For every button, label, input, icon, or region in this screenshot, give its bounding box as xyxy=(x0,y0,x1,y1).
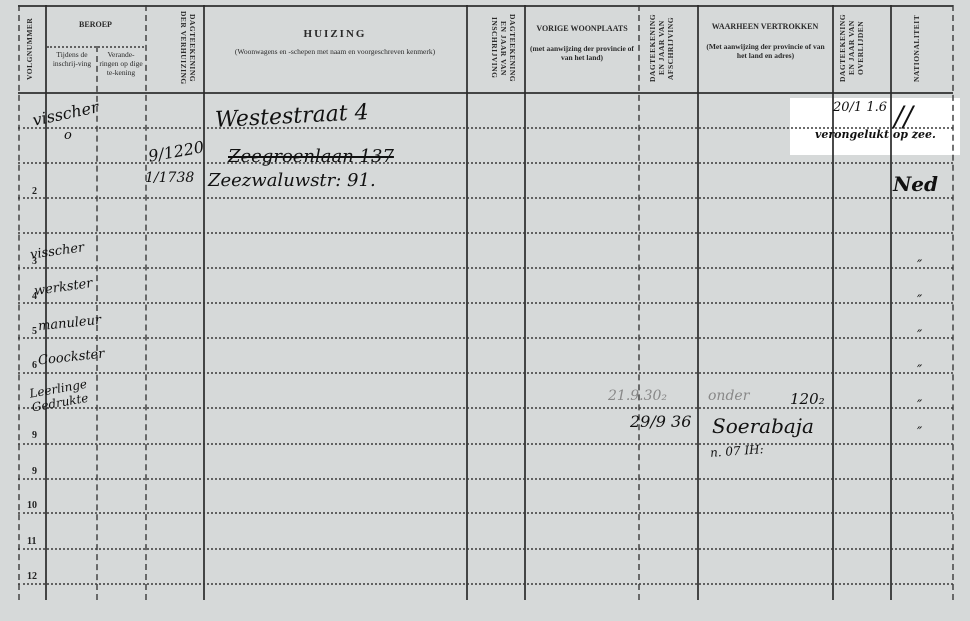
beroep-entry: visscher xyxy=(29,240,85,262)
beroep-entry: visscher xyxy=(31,97,100,130)
beroep-entry: manuleur xyxy=(37,313,101,335)
vertrokken-note: n. 07 IH: xyxy=(710,442,765,460)
faint-place: onder xyxy=(708,388,749,404)
row-number: 11 xyxy=(27,536,36,547)
nationaliteit-entry: Ned xyxy=(893,172,938,196)
row-line xyxy=(18,443,953,445)
overlijden-note: verongelukt op zee. xyxy=(815,128,936,141)
header-nationaliteit: NATIONALITEIT xyxy=(912,8,928,88)
beroep-note: o xyxy=(64,128,72,143)
header-dagteekening-verhuizing: DAGTEEKENING DER VERHUIZING xyxy=(153,8,197,88)
beroep-entry: Coockster xyxy=(37,347,105,369)
row-line xyxy=(18,548,953,550)
vertrokken-place: Soerabaja xyxy=(712,414,814,438)
header-vorige-woonplaats: VORIGE WOONPLAATS xyxy=(530,24,634,33)
overlijden-date: 20/1 1.6 xyxy=(833,100,887,115)
row-number: 10 xyxy=(27,500,37,511)
row-line xyxy=(18,127,953,129)
registry-card: VOLGNUMMER BEROEP Tijdens de inschrij-vi… xyxy=(0,0,970,621)
header-beroep-inschrijving: Tijdens de inschrij-ving xyxy=(49,50,95,68)
row-line xyxy=(18,302,953,304)
row-line xyxy=(18,197,953,199)
row-number: 2 xyxy=(32,186,37,197)
row-line xyxy=(18,232,953,234)
row-line xyxy=(18,372,953,374)
row-number: 5 xyxy=(32,326,37,337)
header-waarheen-vertrokken: WAARHEEN VERTROKKEN xyxy=(700,22,830,31)
row-number: 6 xyxy=(32,360,37,371)
row-number: 9 xyxy=(32,466,37,477)
header-volgnummer: VOLGNUMMER xyxy=(25,10,41,88)
huizing-entry: Zeezwaluwstr: 91. xyxy=(208,170,376,191)
row-line xyxy=(18,337,953,339)
nationaliteit-ditto: ″ xyxy=(917,425,922,441)
huizing-entry-struck: Zeegroenlaan 137 xyxy=(228,146,394,167)
header-dagteekening-overlijden: DAGTEEKENING EN JAAR VAN OVERLIJDEN xyxy=(838,8,884,88)
header-beroep: BEROEP xyxy=(47,20,144,29)
nationaliteit-ditto: ″ xyxy=(917,258,922,274)
nationaliteit-ditto: ″ xyxy=(917,363,922,379)
row-number: 12 xyxy=(27,571,37,582)
faint-date: 21.9.30₂ xyxy=(608,388,667,404)
row-line xyxy=(18,583,953,585)
header-dagteekening-afschrijving: DAGTEEKENING EN JAAR VAN AFSCHRIJVING xyxy=(648,8,692,88)
vertrokken-code: 120₂ xyxy=(790,390,825,408)
header-waarheen-vertrokken-subtitle: (Met aanwijzing der provincie of van het… xyxy=(703,42,828,60)
slash-mark: // xyxy=(894,100,913,133)
header-dagteekening-inschrijving: DAGTEEKENING EN JAAR VAN INSCHRIJVING xyxy=(473,8,517,88)
row-line xyxy=(18,267,953,269)
verhuizing-date: 1/1738 xyxy=(145,170,194,186)
header-huizing: HUIZING xyxy=(205,30,465,39)
nationaliteit-ditto: ″ xyxy=(917,398,922,414)
row-number: 9 xyxy=(32,430,37,441)
header-vorige-woonplaats-subtitle: (met aanwijzing der provincie of van het… xyxy=(530,44,634,62)
header-beroep-veranderingen: Verande-ringen op dige te-kening xyxy=(98,50,144,77)
header-bottom-border xyxy=(18,92,953,94)
afschrijving-date: 29/9 36 xyxy=(630,412,691,431)
header-huizing-subtitle: (Woonwagens en -schepen met naam en voor… xyxy=(225,47,445,56)
beroep-entry: werkster xyxy=(33,276,93,299)
row-line xyxy=(18,512,953,514)
row-line xyxy=(18,478,953,480)
nationaliteit-ditto: ″ xyxy=(917,293,922,309)
top-border xyxy=(18,5,953,7)
nationaliteit-ditto: ″ xyxy=(917,328,922,344)
